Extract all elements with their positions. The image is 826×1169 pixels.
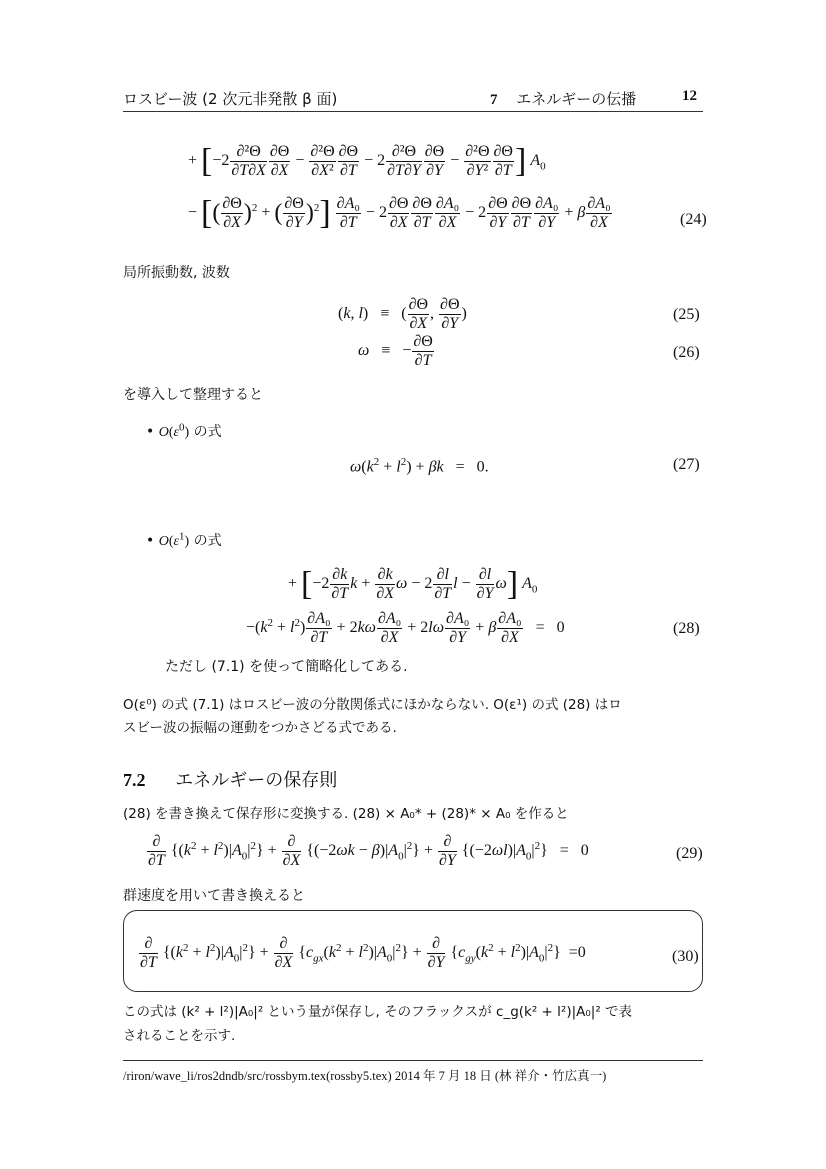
running-header-section: 7 エネルギーの伝播 — [490, 88, 636, 109]
equation-27-number: (27) — [673, 456, 700, 474]
text-introduce: を導入して整理すると — [123, 384, 263, 404]
equation-28-line-1: + [−2∂k∂Tk + ∂k∂Xω − 2∂l∂Tl − ∂l∂Yω] A0 — [288, 566, 537, 603]
equation-26: ω ≡ −∂Θ∂T — [358, 333, 435, 370]
page-number: 12 — [682, 88, 697, 105]
bullet-order-eps1: • O(ε1) の式 — [146, 530, 222, 550]
bullet-icon: • — [146, 533, 154, 549]
paragraph-dispersion-line-1: O(ε⁰) の式 (7.1) はロスビー波の分散関係式にほかならない. O(ε¹… — [123, 693, 622, 713]
equation-29: ∂∂T {(k2 + l2)|A0|2} + ∂∂X {(−2ωk − β)|A… — [146, 833, 589, 870]
footer-rule — [123, 1060, 703, 1061]
text-simplify: ただし (7.1) を使って簡略化してある. — [165, 656, 408, 676]
header-rule — [123, 111, 703, 112]
paragraph-conservation-form: (28) を書き換えて保存形に変換する. (28) × A₀* + (28)* … — [123, 802, 569, 822]
equation-26-number: (26) — [673, 344, 700, 362]
equation-30: ∂∂T {(k2 + l2)|A0|2} + ∂∂X {cgx(k2 + l2)… — [138, 935, 586, 972]
paragraph-flux-line-1: この式は (k² + l²)|A₀|² という量が保存し, そのフラックスが c… — [123, 1000, 632, 1020]
equation-28-number: (28) — [673, 620, 700, 638]
equation-29-number: (29) — [676, 845, 703, 863]
equation-24-line-1: + [−2∂²Θ∂T∂X∂Θ∂X − ∂²Θ∂X²∂Θ∂T − 2∂²Θ∂T∂Y… — [188, 143, 546, 180]
paragraph-dispersion-line-2: スビー波の振幅の運動をつかさどる式である. — [123, 716, 397, 736]
section-heading-7-2: 7.2 エネルギーの保存則 — [123, 766, 337, 792]
equation-25-number: (25) — [673, 306, 700, 324]
equation-30-number: (30) — [672, 948, 699, 966]
equation-28-line-2: −(k2 + l2)∂A₀∂T + 2kω∂A₀∂X + 2lω∂A₀∂Y + … — [246, 610, 565, 647]
bullet-icon: • — [146, 424, 154, 440]
footer-source: /riron/wave_li/ros2dndb/src/rossbym.tex(… — [123, 1066, 606, 1084]
equation-24-number: (24) — [680, 211, 707, 229]
equation-25: (k, l) ≡ (∂Θ∂X, ∂Θ∂Y) — [338, 296, 467, 333]
running-header-title: ロスビー波 (2 次元非発散 β 面) — [123, 88, 337, 109]
equation-24-line-2: − [(∂Θ∂X)2 + (∂Θ∂Y)2] ∂A₀∂T − 2∂Θ∂X∂Θ∂T∂… — [188, 195, 613, 232]
text-group-velocity: 群速度を用いて書き換えると — [123, 885, 305, 905]
text-local-frequency: 局所振動数, 波数 — [123, 262, 230, 282]
equation-27: ω(k2 + l2) + βk = 0. — [350, 456, 489, 476]
bullet-order-eps0: • O(ε0) の式 — [146, 421, 222, 441]
paragraph-flux-line-2: されることを示す. — [123, 1024, 235, 1044]
